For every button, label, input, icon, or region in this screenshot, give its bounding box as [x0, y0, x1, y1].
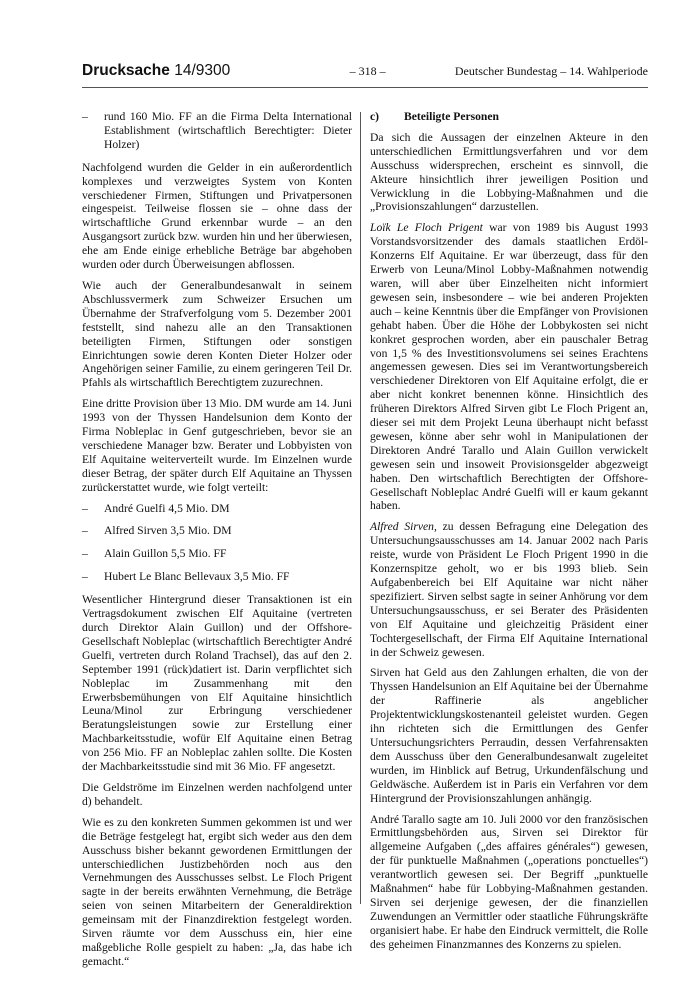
list-item-text: Alain Guillon 5,5 Mio. FF [104, 547, 226, 561]
paragraph: Die Geldströme im Einzelnen werden nachf… [82, 781, 352, 809]
paragraph: Wie auch der Generalbundesanwalt in sein… [82, 279, 352, 390]
left-column: – rund 160 Mio. FF an die Firma Delta In… [82, 110, 360, 976]
publisher: Deutscher Bundestag – 14. Wahlperiode [455, 64, 648, 79]
paragraph: André Tarallo sagte am 10. Juli 2000 vor… [370, 813, 648, 952]
page-header: Drucksache 14/9300 – 318 – Deutscher Bun… [82, 62, 648, 88]
person-name: Loïk Le Floch Prigent [370, 221, 483, 234]
list-item: – Hubert Le Blanc Bellevaux 3,5 Mio. FF [82, 570, 352, 584]
paragraph: Eine dritte Provision über 13 Mio. DM wu… [82, 397, 352, 494]
list-item: – Alfred Sirven 3,5 Mio. DM [82, 524, 352, 538]
document-number: Drucksache 14/9300 [82, 62, 230, 80]
paragraph: Wesentlicher Hintergrund dieser Transakt… [82, 593, 352, 774]
paragraph: Wie es zu den konkreten Summen gekommen … [82, 816, 352, 969]
document-page: Drucksache 14/9300 – 318 – Deutscher Bun… [82, 62, 648, 88]
dash-bullet: – [82, 547, 104, 561]
list-item: – rund 160 Mio. FF an die Firma Delta In… [82, 110, 352, 152]
section-number: c) [370, 110, 404, 124]
section-heading: c) Beteiligte Personen [370, 110, 648, 124]
person-name: Alfred Sirven, [370, 520, 437, 533]
person-paragraph: Alfred Sirven, zu dessen Befragung eine … [370, 520, 648, 659]
document-number-value: 14/9300 [174, 62, 230, 79]
list-item-text: Hubert Le Blanc Bellevaux 3,5 Mio. FF [104, 570, 289, 584]
dash-bullet: – [82, 524, 104, 538]
dash-bullet: – [82, 110, 104, 152]
document-label: Drucksache [82, 62, 170, 79]
section-title: Beteiligte Personen [404, 110, 499, 124]
two-column-body: – rund 160 Mio. FF an die Firma Delta In… [82, 110, 648, 976]
page-number: – 318 – [350, 64, 386, 79]
right-column: c) Beteiligte Personen Da sich die Aussa… [361, 110, 648, 976]
list-item-text: André Guelfi 4,5 Mio. DM [104, 502, 230, 516]
list-item-text: rund 160 Mio. FF an die Firma Delta Inte… [104, 110, 352, 152]
paragraph: Sirven hat Geld aus den Zahlungen erhalt… [370, 666, 648, 805]
dash-bullet: – [82, 570, 104, 584]
list-item-text: Alfred Sirven 3,5 Mio. DM [104, 524, 232, 538]
paragraph: Nachfolgend wurden die Gelder in ein auß… [82, 161, 352, 272]
person-paragraph: Loïk Le Floch Prigent war von 1989 bis A… [370, 221, 648, 513]
dash-bullet: – [82, 502, 104, 516]
person-text: zu dessen Befragung eine Delegation des … [370, 520, 648, 658]
paragraph: Da sich die Aussagen der einzelnen Akteu… [370, 131, 648, 214]
list-item: – Alain Guillon 5,5 Mio. FF [82, 547, 352, 561]
person-text: war von 1989 bis August 1993 Vorstandsvo… [370, 221, 648, 512]
list-item: – André Guelfi 4,5 Mio. DM [82, 502, 352, 516]
